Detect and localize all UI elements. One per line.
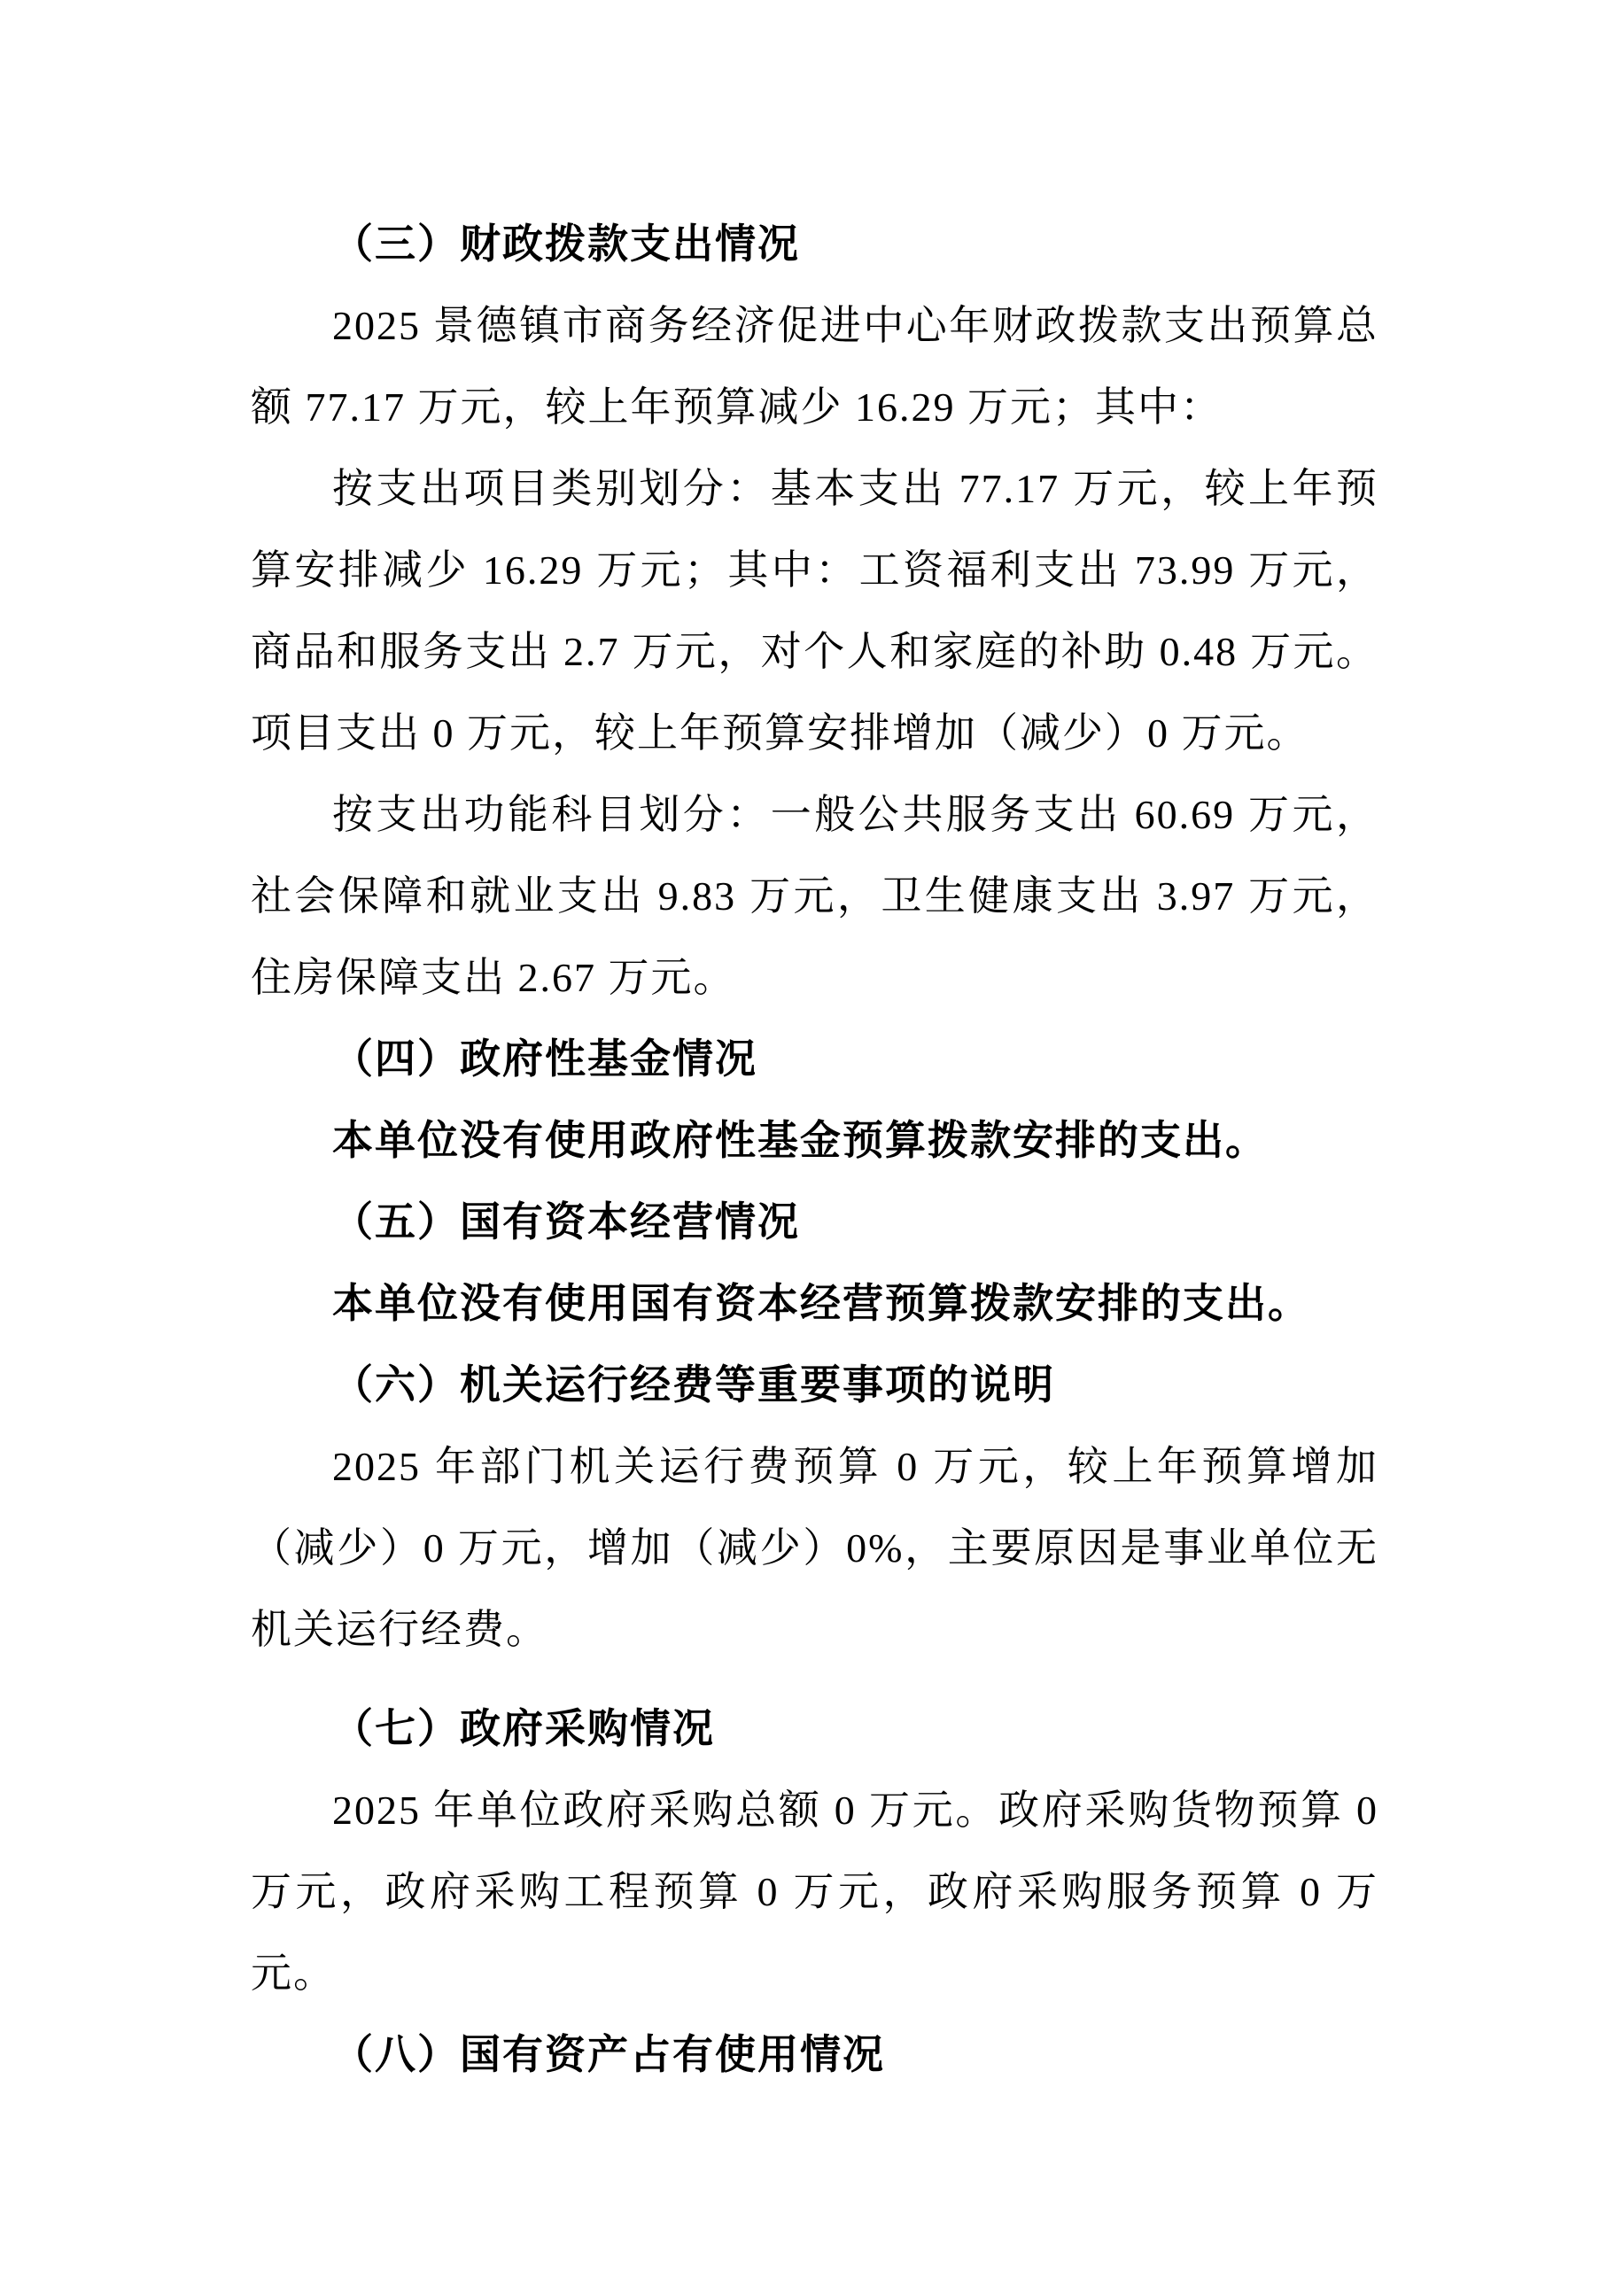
para-government-procurement: 2025 年单位政府采购总额 0 万元。政府采购货物预算 0 万元，政府采购工程… [251,1770,1378,2014]
para-expenditure-by-function-category: 按支出功能科目划分：一般公共服务支出 60.69 万元，社会保障和就业支出 9.… [251,774,1378,1019]
heading-government-funds: （四）政府性基金情况 [251,1019,1378,1100]
para-total-expenditure-budget: 2025 景德镇市商务经济促进中心年财政拨款支出预算总额 77.17 万元，较上… [251,285,1378,448]
document-page: （三）财政拨款支出情况 2025 景德镇市商务经济促进中心年财政拨款支出预算总额… [0,0,1623,2296]
para-expenditure-by-project-category: 按支出项目类别划分：基本支出 77.17 万元，较上年预算安排减少 16.29 … [251,448,1378,774]
heading-fiscal-appropriation-expenditure: （三）财政拨款支出情况 [251,204,1378,285]
para-state-capital-operation-none: 本单位没有使用国有资本经营预算拨款安排的支出。 [251,1263,1378,1345]
heading-state-assets-usage: （八）国有资产占有使用情况 [251,2014,1378,2096]
para-agency-operating-expenses: 2025 年部门机关运行费预算 0 万元，较上年预算增加（减少）0 万元，增加（… [251,1426,1378,1671]
heading-agency-operating-expenses: （六）机关运行经费等重要事项的说明 [251,1345,1378,1426]
heading-government-procurement: （七）政府采购情况 [251,1688,1378,1770]
document-text-column: （三）财政拨款支出情况 2025 景德镇市商务经济促进中心年财政拨款支出预算总额… [251,204,1378,2096]
heading-state-capital-operation: （五）国有资本经营情况 [251,1182,1378,1263]
para-government-funds-none: 本单位没有使用政府性基金预算拨款安排的支出。 [251,1100,1378,1182]
